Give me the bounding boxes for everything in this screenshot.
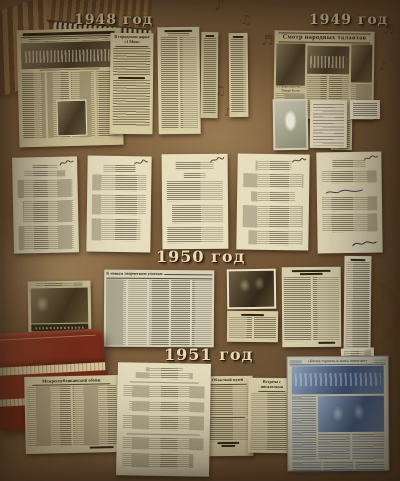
signature-scribble [352,240,378,248]
photo-dancers-blue [318,396,384,432]
photo-choir-group [21,40,118,69]
photo-man-at-piano [31,288,89,324]
music-note-icon: ♪ [214,0,224,13]
clipping-1950-piano-photo [28,280,92,335]
year-label-1949: 1949 год [309,12,388,28]
document-page-6 [116,362,211,477]
park-headline: В городском парке «1 Мая» [112,35,151,45]
clipping-strip-1 [201,32,219,118]
talent-show-headline: Смотр народных талантов [276,33,372,41]
handwritten-mark [292,156,307,165]
document-page-5 [316,152,382,254]
museum-headline: Областной музей [205,378,251,383]
clipping-1950-creative-success: К новым творческим успехам [104,270,215,348]
document-page-4 [236,153,309,250]
handwritten-mark [210,156,225,165]
document-page-1 [12,156,79,253]
photo-two-people-table [229,271,274,308]
clipping-1950-table-photo [227,269,277,310]
creative-success-headline: К новым творческим успехам [106,272,162,277]
handwritten-mark [134,158,149,167]
clipping-1948-park: В городском парке «1 Мая» [109,33,153,134]
song-page-headline: «Песня строить и жить помогает» [304,359,372,364]
clipping-1950-narrow-column [343,256,371,353]
photo-dancers-inset [56,100,87,137]
photo-dancer [351,45,373,83]
photo-ballerina [275,101,307,149]
document-page-2 [86,156,151,253]
year-label-1951: 1951 год [164,345,253,364]
clipping-1950-article [282,267,342,348]
clipping-1950-caption-text [227,311,278,342]
clipping-1948-column [157,27,200,135]
clipping-1948-front-page [16,28,123,148]
clipping-handwritten-note [310,100,347,148]
handwritten-scribble [325,188,365,197]
clipping-small-label [350,100,380,119]
music-note-icon: ♬ [261,34,274,48]
talent-show-caption: «Гуцулка юность» — Тамара Босая [276,85,305,93]
photo-choir-blue [292,366,384,395]
photo-women-group [307,46,349,75]
photo-accordion-player [276,43,306,85]
document-page-3 [162,154,229,250]
year-label-1950: 1950 год [156,247,245,266]
clipping-1951-blue-newspaper: «Песня строить и жить помогает» [287,356,390,472]
archive-collage-board: ♪ ♫ ♬ ♪ ♫ ♪ ♬ ♪ 1948 год 1949 год 1950 г… [0,0,400,481]
clipping-1951-exchange: Межреспубликанский обмен [24,375,120,454]
handwritten-mark [59,158,74,167]
music-note-icon: ♫ [240,14,252,27]
music-note-icon: ♪ [379,60,387,72]
clipping-strip-2 [229,33,249,117]
year-label-1948: 1948 год [74,12,153,28]
handwritten-mark [363,154,378,163]
clipping-ballerina-photo [273,99,309,151]
